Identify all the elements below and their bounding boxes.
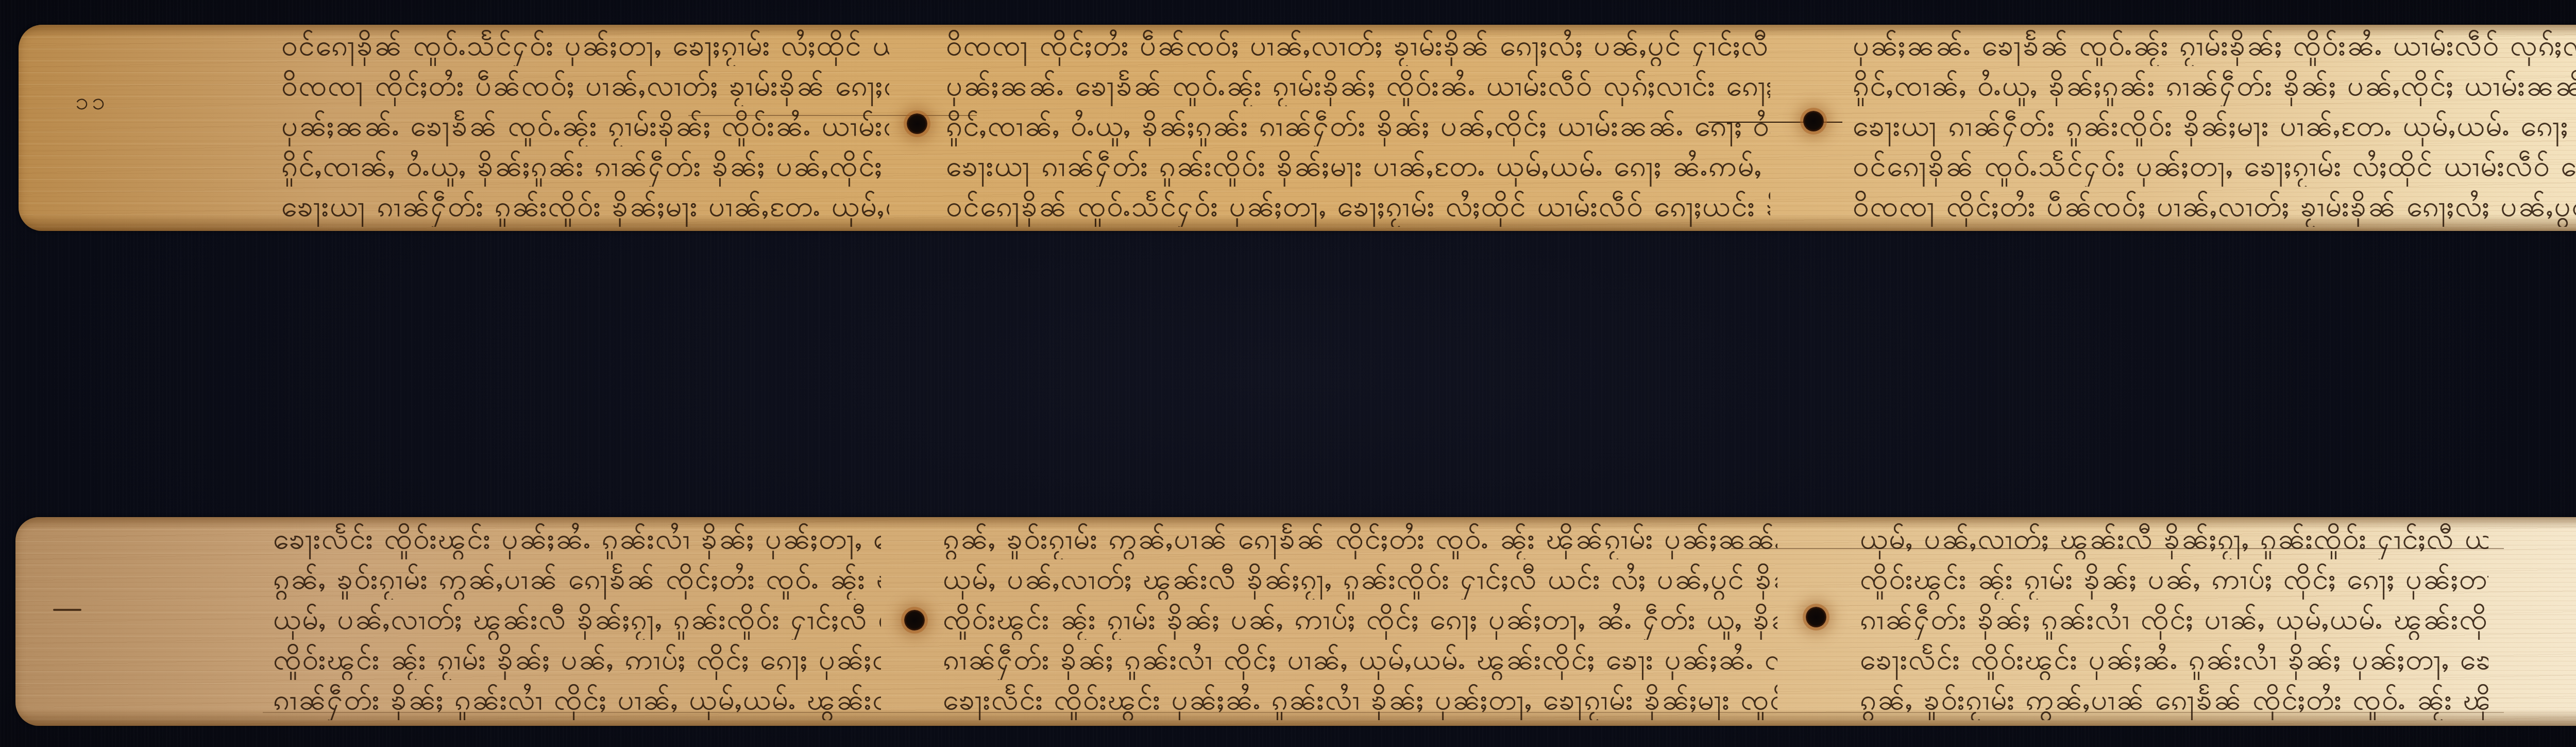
- folio-number: ၁၁: [75, 87, 108, 121]
- binding-hole-left: [904, 610, 925, 630]
- margin-mark: [53, 609, 81, 611]
- text-column-center: ဝိၸၸႃ ၸိုင်ႈတႆး ပဵၼ်ၸဝ်ႈ ပၢၼ်ႇလၢတ်ႈ ၶႂၢမ…: [946, 26, 1770, 227]
- text-line-4: ၶေႃးယႃ ၵၢၼ်ႁဵတ်း ၵူၼ်းၸိူဝ်း ၶိုၼ်ႈမႃး ပ…: [946, 146, 1770, 187]
- text-column-center: ၵွၼ်ႇ ၶူဝ်းၵႂၢမ်း ဢွၼ်ႇပၢၼ် ၵေႃၶႅၼ် ၸိုင…: [943, 519, 1777, 720]
- text-line-3: ၶေႃးယႃ ၵၢၼ်ႁဵတ်း ၵူၼ်းၸိူဝ်း ၶိုၼ်ႈမႃး ပ…: [1853, 106, 2576, 146]
- text-line-5: ၵၢၼ်ႁဵတ်း ၶိုၼ်ႈ ၵူၼ်းလၢႆ ၸိုင်ႈ ပၢၼ်ႇ ယ…: [273, 680, 881, 720]
- text-column-left: ဝၚ်ၵေႃၶိုၼ် ၸူဝ်ႉသႅင်ႁဝ်း ပုၼ်ႈတႃႇ ၶေႃႈၵ…: [281, 26, 889, 227]
- text-line-5: ၶေႃးယႃ ၵၢၼ်ႁဵတ်း ၵူၼ်းၸိူဝ်း ၶိုၼ်ႈမႃး ပ…: [281, 187, 889, 227]
- text-line-5: ၶေႃးလႅင်း ၸိူဝ်းၽွင်း ပုၼ်ႈၼႆႉ ၵူၼ်းလၢႆ …: [943, 680, 1777, 720]
- text-line-3: ၵိူင်ႇၸၢၼ်ႇ ဝႆႉယူႇ ၶိုၼ်ႈၵူၼ်း ၵၢၼ်ႁဵတ်း…: [946, 106, 1770, 146]
- text-line-5: ၵွၼ်ႇ ၶူဝ်းၵႂၢမ်း ဢွၼ်ႇပၢၼ် ၵေႃၶႅၼ် ၸိုင…: [1860, 680, 2488, 720]
- binding-hole-right: [1806, 607, 1826, 627]
- text-line-4: ၸိူဝ်းၽွင်း ၼႂ်း ၵႂၢမ်း ၶိုၼ်ႈ ပၼ်ႇ ဢၢပ်…: [273, 640, 881, 680]
- text-line-3: ၵၢၼ်ႁဵတ်း ၶိုၼ်ႈ ၵူၼ်းလၢႆ ၸိုင်ႈ ပၢၼ်ႇ ယ…: [1860, 600, 2488, 640]
- text-line-2: ဝိၸၸႃ ၸိုင်ႈတႆး ပဵၼ်ၸဝ်ႈ ပၢၼ်ႇလၢတ်ႈ ၶႂၢမ…: [281, 66, 889, 106]
- text-line-4: ၶေႃးလႅင်း ၸိူဝ်းၽွင်း ပုၼ်ႈၼႆႉ ၵူၼ်းလၢႆ …: [1860, 640, 2488, 680]
- text-column-right: ပုၼ်ႈၼၼ်ႉ ၶေႃၶႅၼ် ၸူဝ်ႉၼႂ်း ၵႂၢမ်းၶိုၼ်ႈ…: [1853, 26, 2576, 227]
- text-line-1: ၶေႃးလႅင်း ၸိူဝ်းၽွင်း ပုၼ်ႈၼႆႉ ၵူၼ်းလၢႆ …: [273, 519, 881, 559]
- text-line-5: ဝၚ်ၵေႃၶိုၼ် ၸူဝ်ႉသႅင်ႁဝ်း ပုၼ်ႈတႃႇ ၶေႃႈၵ…: [946, 187, 1770, 227]
- manuscript-scene: ၁၁ ဝၚ်ၵေႃၶိုၼ် ၸူဝ်ႉသႅင်ႁဝ်း ပုၼ်ႈတႃႇ ၶေ…: [0, 0, 2576, 747]
- text-line-5: ဝိၸၸႃ ၸိုင်ႈတႆး ပဵၼ်ၸဝ်ႈ ပၢၼ်ႇလၢတ်ႈ ၶႂၢမ…: [1853, 187, 2576, 227]
- text-line-4: ဝၚ်ၵေႃၶိုၼ် ၸူဝ်ႉသႅင်ႁဝ်း ပုၼ်ႈတႃႇ ၶေႃႈၵ…: [1853, 146, 2576, 187]
- text-line-4: ၵၢၼ်ႁဵတ်း ၶိုၼ်ႈ ၵူၼ်းလၢႆ ၸိုင်ႈ ပၢၼ်ႇ ယ…: [943, 640, 1777, 680]
- text-line-2: ယုမ်ႇ ပၼ်ႇလၢတ်ႈ ၽွၼ်းလီ ၶိုၼ်ႈၵႂႃႇ ၵူၼ်း…: [943, 559, 1777, 600]
- text-line-1: ပုၼ်ႈၼၼ်ႉ ၶေႃၶႅၼ် ၸူဝ်ႉၼႂ်း ၵႂၢမ်းၶိုၼ်ႈ…: [1853, 26, 2576, 66]
- text-line-3: ပုၼ်ႈၼၼ်ႉ ၶေႃၶႅၼ် ၸူဝ်ႉၼႂ်း ၵႂၢမ်းၶိုၼ်ႈ…: [281, 106, 889, 146]
- text-line-1: ဝိၸၸႃ ၸိုင်ႈတႆး ပဵၼ်ၸဝ်ႈ ပၢၼ်ႇလၢတ်ႈ ၶႂၢမ…: [946, 26, 1770, 66]
- text-line-2: ၵွၼ်ႇ ၶူဝ်းၵႂၢမ်း ဢွၼ်ႇပၢၼ် ၵေႃၶႅၼ် ၸိုင…: [273, 559, 881, 600]
- text-line-2: ၸိူဝ်းၽွင်း ၼႂ်း ၵႂၢမ်း ၶိုၼ်ႈ ပၼ်ႇ ဢၢပ်…: [1860, 559, 2488, 600]
- binding-hole-right: [1803, 111, 1824, 131]
- text-line-1: ၵွၼ်ႇ ၶူဝ်းၵႂၢမ်း ဢွၼ်ႇပၢၼ် ၵေႃၶႅၼ် ၸိုင…: [943, 519, 1777, 559]
- binding-hole-left: [907, 113, 927, 134]
- text-line-1: ယုမ်ႇ ပၼ်ႇလၢတ်ႈ ၽွၼ်းလီ ၶိုၼ်ႈၵႂႃႇ ၵူၼ်း…: [1860, 519, 2488, 559]
- text-line-2: ပုၼ်ႈၼၼ်ႉ ၶေႃၶႅၼ် ၸူဝ်ႉၼႂ်း ၵႂၢမ်းၶိုၼ်ႈ…: [946, 66, 1770, 106]
- text-column-left: ၶေႃးလႅင်း ၸိူဝ်းၽွင်း ပုၼ်ႈၼႆႉ ၵူၼ်းလၢႆ …: [273, 519, 881, 720]
- text-line-4: ၵိူင်ႇၸၢၼ်ႇ ဝႆႉယူႇ ၶိုၼ်ႈၵူၼ်း ၵၢၼ်ႁဵတ်း…: [281, 146, 889, 187]
- text-column-right: ယုမ်ႇ ပၼ်ႇလၢတ်ႈ ၽွၼ်းလီ ၶိုၼ်ႈၵႂႃႇ ၵူၼ်း…: [1860, 519, 2488, 720]
- palm-leaf-top: ၁၁ ဝၚ်ၵေႃၶိုၼ် ၸူဝ်ႉသႅင်ႁဝ်း ပုၼ်ႈတႃႇ ၶေ…: [19, 25, 2576, 231]
- text-line-2: ၵိူင်ႇၸၢၼ်ႇ ဝႆႉယူႇ ၶိုၼ်ႈၵူၼ်း ၵၢၼ်ႁဵတ်း…: [1853, 66, 2576, 106]
- text-line-3: ယုမ်ႇ ပၼ်ႇလၢတ်ႈ ၽွၼ်းလီ ၶိုၼ်ႈၵႂႃႇ ၵူၼ်း…: [273, 600, 881, 640]
- text-line-3: ၸိူဝ်းၽွင်း ၼႂ်း ၵႂၢမ်း ၶိုၼ်ႈ ပၼ်ႇ ဢၢပ်…: [943, 600, 1777, 640]
- palm-leaf-bottom: ၶေႃးလႅင်း ၸိူဝ်းၽွင်း ပုၼ်ႈၼႆႉ ၵူၼ်းလၢႆ …: [15, 517, 2576, 726]
- text-line-1: ဝၚ်ၵေႃၶိုၼ် ၸူဝ်ႉသႅင်ႁဝ်း ပုၼ်ႈတႃႇ ၶေႃႈၵ…: [281, 26, 889, 66]
